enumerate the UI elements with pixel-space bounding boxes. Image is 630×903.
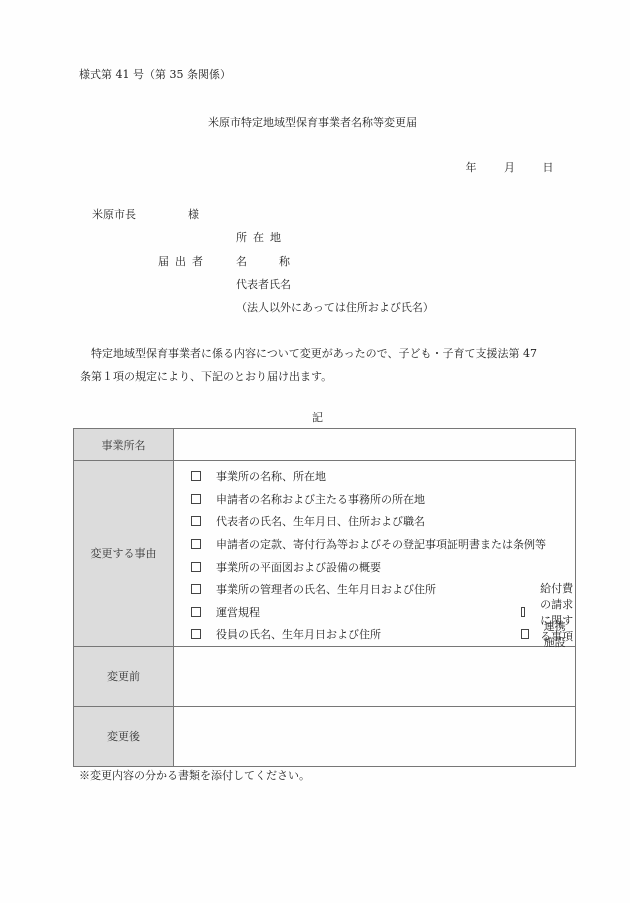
business-name-field[interactable] [174, 429, 576, 461]
footnote: ※変更内容の分かる書類を添付してください。 [79, 770, 310, 781]
table-row-change-reasons: 変更する事由 事業所の名称、所在地 申請者の名称および主たる事務所の所在地 代表… [74, 461, 576, 647]
addressee-name: 米原市長 [92, 209, 136, 220]
reason-item[interactable]: 連携施設 [521, 618, 575, 650]
checkbox-icon[interactable] [191, 471, 201, 481]
representative-name-label: 代表者氏名 [236, 279, 291, 290]
checkbox-icon[interactable] [191, 516, 201, 526]
document-title: 米原市特定地域型保育事業者名称等変更届 [208, 117, 417, 128]
reason-row: 申請者の定款、寄付行為等およびその登記事項証明書または条例等 [191, 533, 575, 556]
before-change-field[interactable] [174, 646, 576, 706]
applicant-role-label: 届出者 [158, 256, 209, 267]
reason-row: 代表者の氏名、生年月日、住所および職名 [191, 510, 575, 533]
checkbox-icon[interactable] [191, 494, 201, 504]
date-day-label: 日 [543, 162, 554, 173]
after-change-header: 変更後 [74, 706, 174, 766]
applicant-note: （法人以外にあっては住所および氏名） [236, 302, 434, 313]
reason-label: 申請者の名称および主たる事務所の所在地 [216, 491, 425, 507]
checkbox-icon[interactable] [191, 629, 201, 639]
reason-label: 代表者の氏名、生年月日、住所および職名 [216, 513, 425, 529]
checkbox-icon[interactable] [521, 607, 525, 617]
applicant-name-label-2: 称 [279, 255, 290, 268]
table-row-before-change: 変更前 [74, 646, 576, 706]
date-month-label: 月 [504, 162, 515, 173]
reason-row: 事業所の管理者の氏名、生年月日および住所 [191, 578, 575, 601]
date-line: 年 月 日 [462, 162, 554, 173]
reason-item[interactable]: 事業所の平面図および設備の概要 [191, 559, 381, 575]
change-reasons-cell: 事業所の名称、所在地 申請者の名称および主たる事務所の所在地 代表者の氏名、生年… [174, 461, 576, 647]
reason-label: 連携施設 [544, 618, 575, 650]
reason-row: 運営規程 給付費の請求に関する事項 [191, 601, 575, 624]
reason-label: 運営規程 [216, 604, 260, 620]
before-change-header: 変更前 [74, 646, 174, 706]
reason-item[interactable]: 代表者の氏名、生年月日、住所および職名 [191, 513, 425, 529]
reason-item[interactable]: 事業所の名称、所在地 [191, 468, 326, 484]
checkbox-icon[interactable] [191, 607, 201, 617]
reason-item[interactable]: 申請者の定款、寄付行為等およびその登記事項証明書または条例等 [191, 536, 546, 552]
checkbox-icon[interactable] [191, 539, 201, 549]
table-row-after-change: 変更後 [74, 706, 576, 766]
reason-item[interactable]: 役員の氏名、生年月日および住所 [191, 626, 381, 642]
reason-label: 役員の氏名、生年月日および住所 [216, 626, 381, 642]
reason-label: 事業所の平面図および設備の概要 [216, 559, 381, 575]
table-row-business-name: 事業所名 [74, 429, 576, 461]
date-year-label: 年 [466, 162, 477, 173]
change-reasons-header: 変更する事由 [74, 461, 174, 647]
reason-row: 役員の氏名、生年月日および住所 連携施設 [191, 623, 575, 646]
after-change-field[interactable] [174, 706, 576, 766]
applicant-address-label: 所在地 [236, 232, 287, 243]
reason-label: 事業所の管理者の氏名、生年月日および住所 [216, 581, 436, 597]
reason-row: 事業所の平面図および設備の概要 [191, 555, 575, 578]
addressee-honorific: 様 [188, 209, 199, 220]
checkbox-icon[interactable] [191, 562, 201, 572]
checkbox-icon[interactable] [191, 584, 201, 594]
body-text: 特定地域型保育事業者に係る内容について変更があったので、子ども・子育て支援法第 … [80, 342, 550, 388]
reason-label: 申請者の定款、寄付行為等およびその登記事項証明書または条例等 [216, 536, 546, 552]
reason-list: 事業所の名称、所在地 申請者の名称および主たる事務所の所在地 代表者の氏名、生年… [174, 461, 575, 646]
reason-row: 申請者の名称および主たる事務所の所在地 [191, 488, 575, 511]
checkbox-icon[interactable] [521, 629, 529, 639]
reason-item[interactable]: 運営規程 [191, 604, 260, 620]
reason-item[interactable]: 申請者の名称および主たる事務所の所在地 [191, 491, 425, 507]
reason-row: 事業所の名称、所在地 [191, 465, 575, 488]
form-table: 事業所名 変更する事由 事業所の名称、所在地 申請者の名称および主たる事務所の所… [73, 428, 576, 767]
reason-label: 事業所の名称、所在地 [216, 468, 326, 484]
applicant-name-label-1: 名 [236, 255, 247, 268]
ki-label: 記 [312, 412, 323, 423]
applicant-name-label: 名称 [236, 256, 290, 267]
business-name-header: 事業所名 [74, 429, 174, 461]
form-number: 様式第 41 号（第 35 条関係） [79, 69, 231, 80]
reason-item[interactable]: 事業所の管理者の氏名、生年月日および住所 [191, 581, 436, 597]
